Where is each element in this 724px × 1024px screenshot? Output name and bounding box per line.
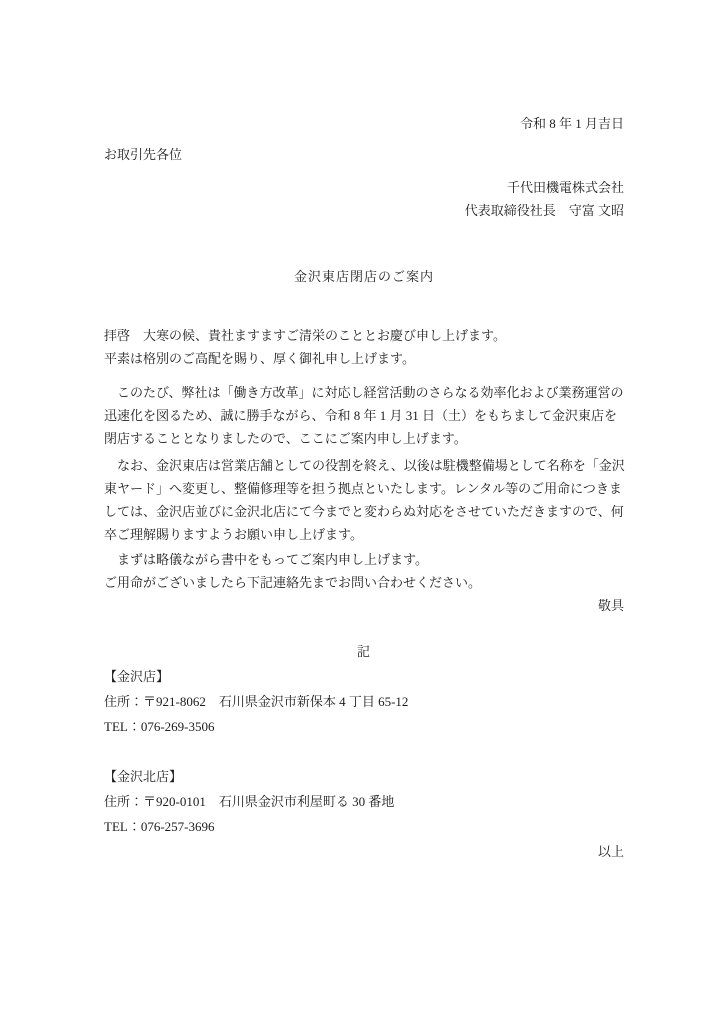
store-address: 住所：〒920-0101 石川県金沢市利屋町る 30 番地 — [104, 789, 624, 814]
store-tel: TEL：076-269-3506 — [104, 714, 624, 739]
paragraph-line: なお、金沢東店は営業店舗としての役割を終え、以後は駐機整備場として名称を「金沢 — [104, 454, 624, 477]
paragraph-line: このたび、弊社は「働き方改革」に対応し経営活動のさらなる効率化および業務運営の — [104, 381, 624, 404]
paragraph-line: しては、金沢店並びに金沢北店にて今までと変わらぬ対応をさせていただきますので、何 — [104, 500, 624, 523]
store-address: 住所：〒921-8062 石川県金沢市新保本 4 丁目 65-12 — [104, 689, 624, 714]
letter-page: 令和 8 年 1 月吉日 お取引先各位 千代田機電株式会社 代表取締役社長 守富… — [0, 0, 724, 1024]
greeting-paragraph: 拝啓 大寒の候、貴社ますますご清栄のこととお慶び申し上げます。 平素は格別のご高… — [104, 324, 624, 370]
paragraph-line: ご用命がございましたら下記連絡先までお問い合わせください。 — [104, 571, 624, 594]
paragraph-line: 東ヤード」へ変更し、整備修理等を担う拠点といたします。レンタル等のご用命につきま — [104, 477, 624, 500]
store-list: 【金沢店】 住所：〒921-8062 石川県金沢市新保本 4 丁目 65-12 … — [104, 664, 624, 839]
paragraph-line: 平素は格別のご高配を賜り、厚く御礼申し上げます。 — [104, 347, 624, 370]
store-block-kanazawa: 【金沢店】 住所：〒921-8062 石川県金沢市新保本 4 丁目 65-12 … — [104, 664, 624, 739]
company-name: 千代田機電株式会社 — [104, 176, 624, 199]
store-name: 【金沢北店】 — [104, 764, 624, 789]
end-mark: 以上 — [104, 839, 624, 864]
date-line: 令和 8 年 1 月吉日 — [104, 112, 624, 135]
closing-paragraph: まずは略儀ながら書中をもってご案内申し上げます。 ご用命がございましたら下記連絡… — [104, 548, 624, 594]
store-tel: TEL：076-257-3696 — [104, 814, 624, 839]
store-block-kanazawa-kita: 【金沢北店】 住所：〒920-0101 石川県金沢市利屋町る 30 番地 TEL… — [104, 764, 624, 839]
representative-name: 代表取締役社長 守富 文昭 — [104, 199, 624, 222]
document-title: 金沢東店閉店のご案内 — [104, 265, 624, 288]
paragraph-line: まずは略儀ながら書中をもってご案内申し上げます。 — [104, 548, 624, 571]
paragraph-line: 拝啓 大寒の候、貴社ますますご清栄のこととお慶び申し上げます。 — [104, 324, 624, 347]
record-heading: 記 — [104, 639, 624, 664]
announcement-paragraph: このたび、弊社は「働き方改革」に対応し経営活動のさらなる効率化および業務運営の … — [104, 381, 624, 450]
store-name: 【金沢店】 — [104, 664, 624, 689]
paragraph-line: 迅速化を図るため、誠に勝手ながら、令和 8 年 1 月 31 日（土）をもちまし… — [104, 404, 624, 427]
detail-paragraph: なお、金沢東店は営業店舗としての役割を終え、以後は駐機整備場として名称を「金沢 … — [104, 454, 624, 546]
paragraph-line: 閉店することとなりましたので、ここにご案内申し上げます。 — [104, 427, 624, 450]
closing-salutation: 敬具 — [104, 594, 624, 617]
sender-block: 千代田機電株式会社 代表取締役社長 守富 文昭 — [104, 176, 624, 222]
paragraph-line: 卒ご理解賜りますようお願い申し上げます。 — [104, 523, 624, 546]
recipient-line: お取引先各位 — [104, 143, 624, 166]
